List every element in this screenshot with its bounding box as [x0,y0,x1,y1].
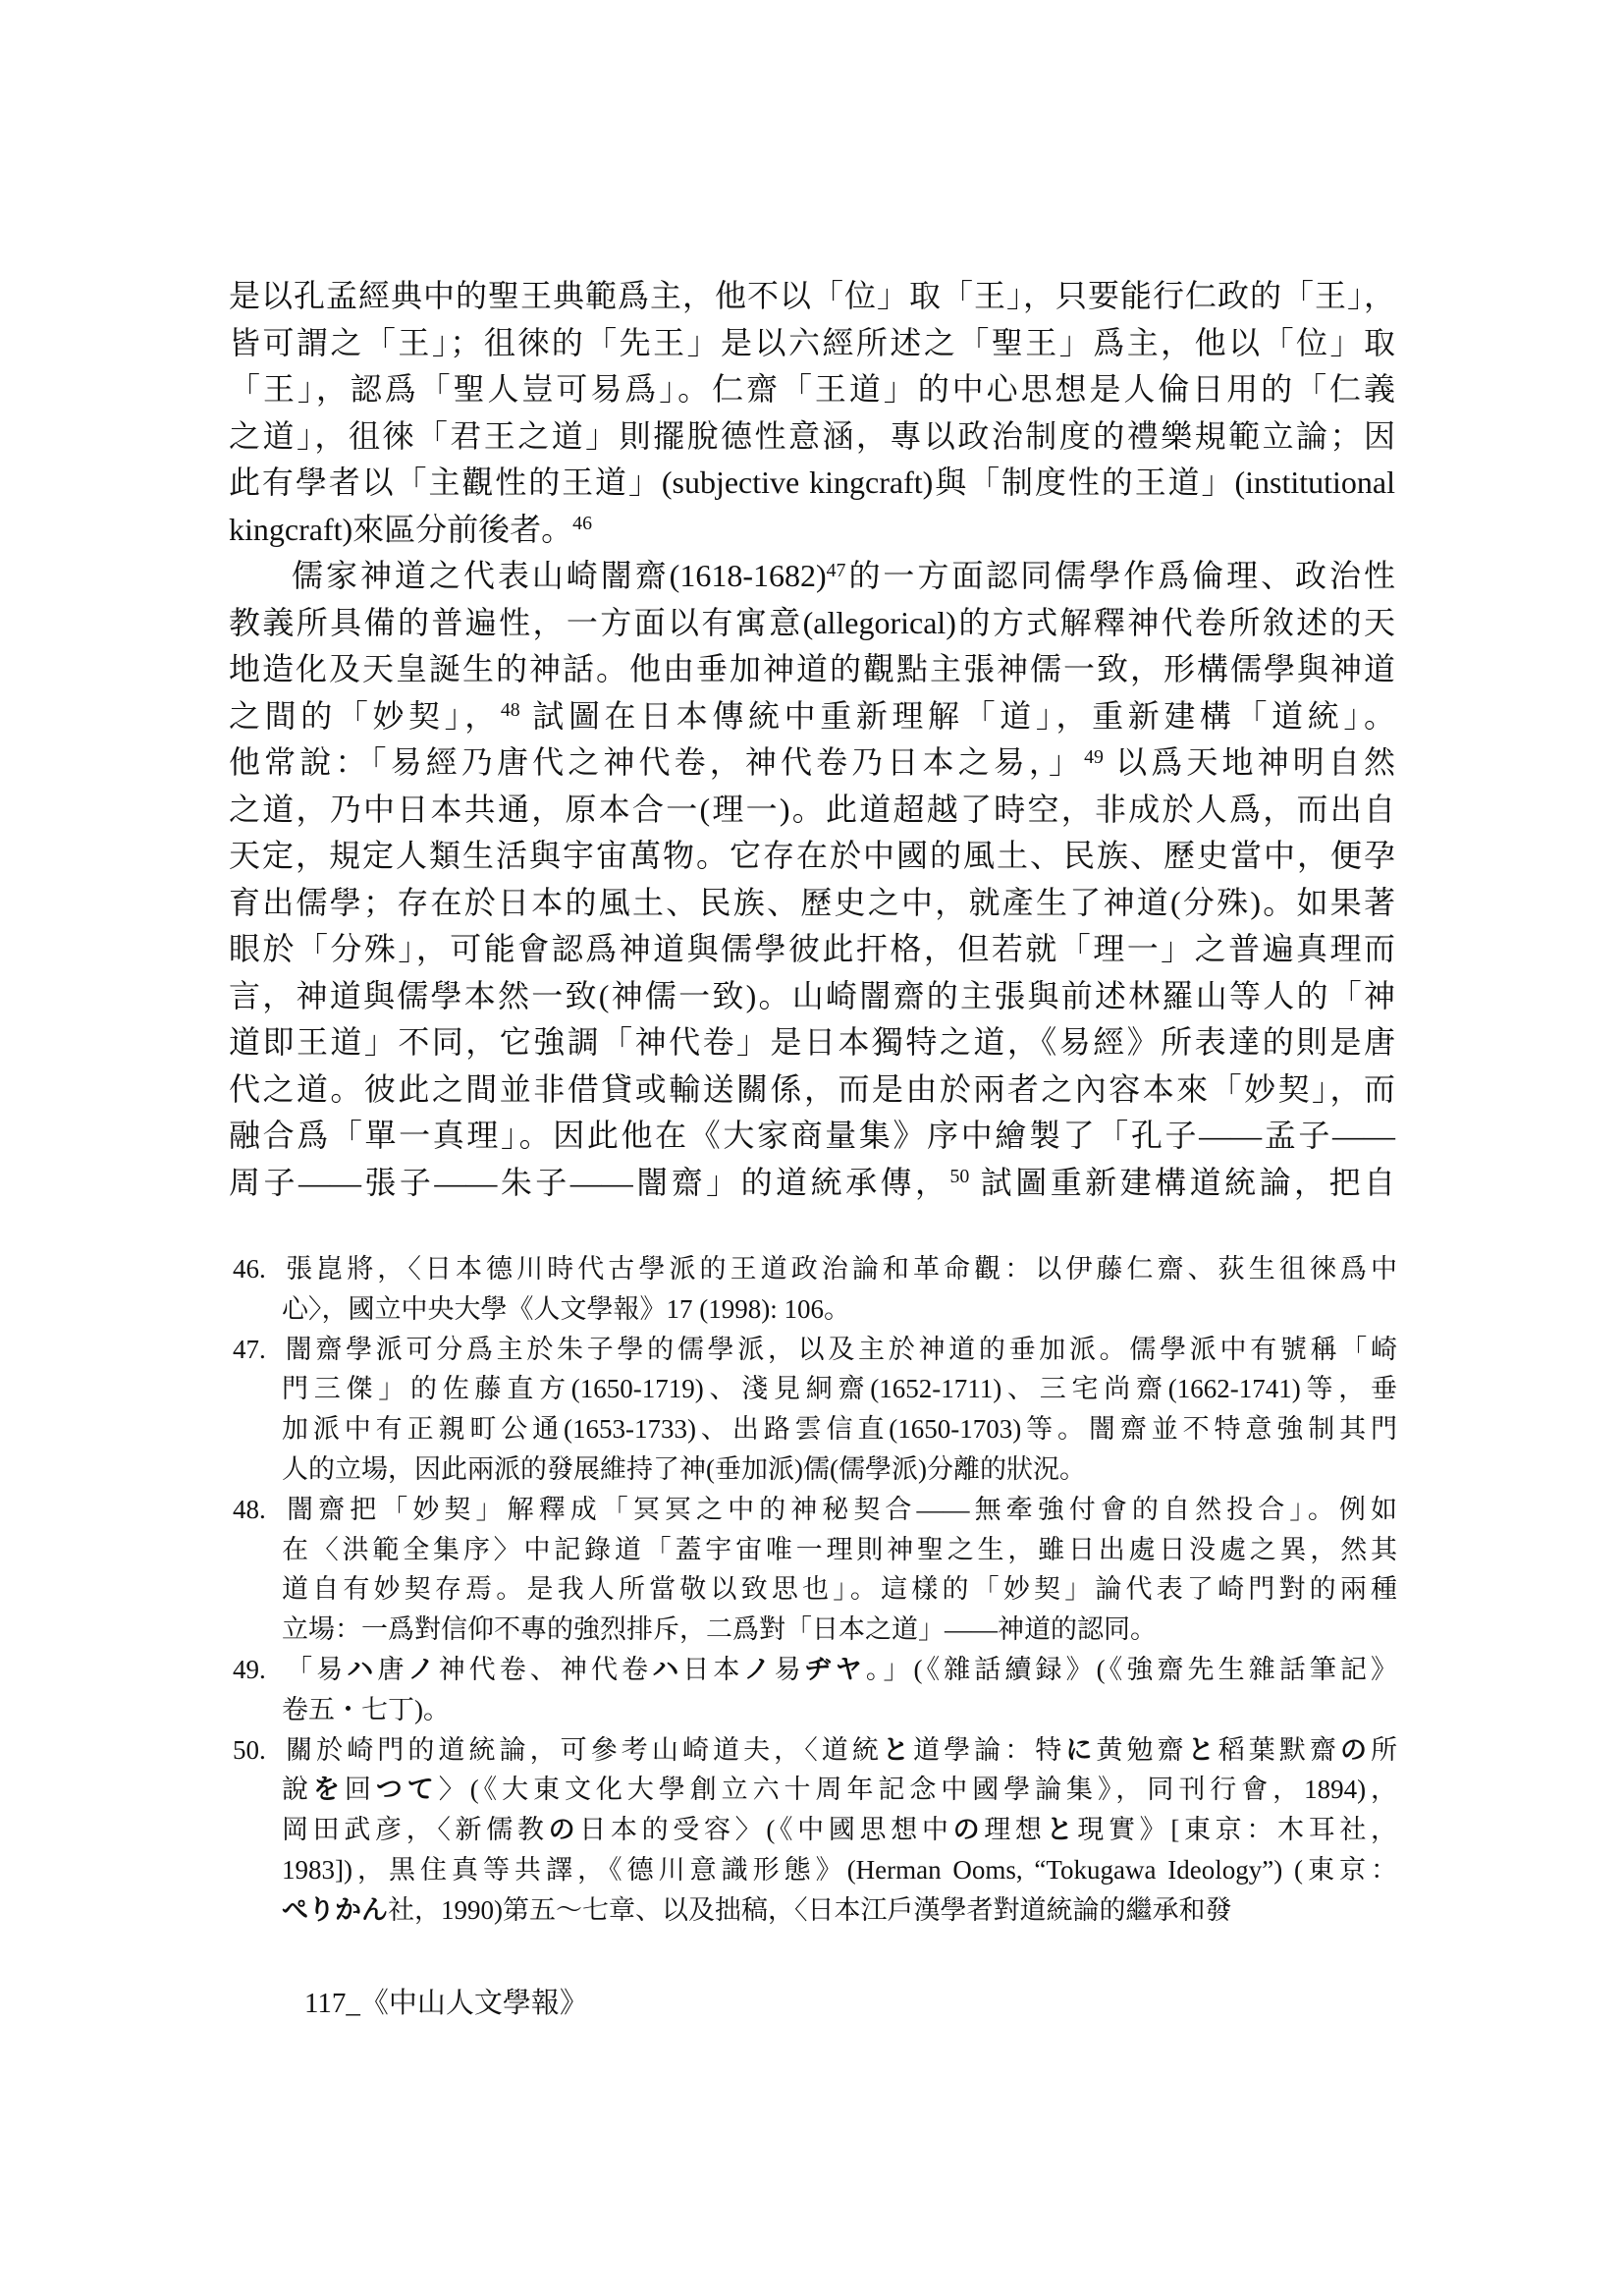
footnote-line: 50.關於崎門的道統論，可參考山崎道夫，〈道統と道學論：特に黄勉齋と稻葉默齋の所 [233,1730,1397,1771]
footnote-number: 46. [233,1249,282,1289]
page-footer: 117_《中山人文學報》 [304,1986,588,2021]
footnote-line: ぺりかん社，1990)第五～七章、以及拙稿，〈日本江戶漢學者對道統論的繼承和發 [233,1890,1397,1931]
kana-text: に [1065,1735,1096,1765]
body-line: 之間的「妙契」，48 試圖在日本傳統中重新理解「道」，重新建構「道統」。 [229,693,1395,740]
body-line: 育出儒學；存在於日本的風土、民族、歷史之中，就產生了神道(分殊)。如果著 [229,880,1395,927]
footnote-line: 卷五・七丁)。 [233,1690,1397,1730]
body-line: 言，神道與儒學本然一致(神儒一致)。山崎闇齋的主張與前述林羅山等人的「神 [229,973,1395,1020]
kana-text: ノ [743,1655,774,1684]
footnote-line: 門三傑」的佐藤直方(1650-1719)、淺見絅齋(1652-1711)、三宅尚… [233,1369,1397,1409]
body-line: 之道」，徂徠「君王之道」則擺脫德性意涵，專以政治制度的禮樂規範立論；因 [229,413,1395,461]
footnote-ref: 47 [827,560,846,581]
body-line: 融合爲「單一真理」。因此他在《大家商量集》序中繪製了「孔子——孟子—— [229,1113,1395,1160]
footnote-ref: 50 [950,1166,970,1187]
kana-text: と [1047,1815,1078,1844]
body-line: 地造化及天皇誕生的神話。他由垂加神道的觀點主張神儒一致，形構儒學與神道 [229,646,1395,693]
body-text: 是以孔孟經典中的聖王典範爲主，他不以「位」取「王」，只要能行仁政的「王」，皆可謂… [229,273,1395,1206]
kana-text: の [1340,1735,1371,1765]
body-line: 周子——張子——朱子——闇齋」的道統承傳，50 試圖重新建構道統論，把自 [229,1160,1395,1207]
body-line: 天定，規定人類生活與宇宙萬物。它存在於中國的風土、民族、歷史當中，便孕 [229,833,1395,880]
body-line: 他常說：「易經乃唐代之神代卷，神代卷乃日本之易，」49 以爲天地神明自然 [229,739,1395,787]
footnote-line: 加派中有正親町公通(1653-1733)、出路雲信直(1650-1703)等。闇… [233,1409,1397,1449]
kana-text: ノ [407,1655,438,1684]
kana-text: の [549,1815,580,1844]
body-line: 之道，乃中日本共通，原本合一(理一)。此道超越了時空，非成於人爲，而出自 [229,787,1395,834]
footnote-line: 岡田武彦，〈新儒教の日本的受容〉(《中國思想中の理想と現實》[東京：木耳社， [233,1810,1397,1850]
kana-text: ヂヤ [805,1655,866,1684]
body-line: 是以孔孟經典中的聖王典範爲主，他不以「位」取「王」，只要能行仁政的「王」， [229,273,1395,320]
footnote-line: 立場：一爲對信仰不專的強烈排斥，二爲對「日本之道」——神道的認同。 [233,1610,1397,1650]
body-line: 教義所具備的普遍性，一方面以有寓意(allegorical)的方式解釋神代卷所敘… [229,600,1395,647]
footnote-number: 49. [233,1650,282,1690]
kana-text: ハ [347,1655,377,1684]
footnote-line: 在〈洪範全集序〉中記錄道「蓋宇宙唯一理則神聖之生，雖日出處日没處之異，然其 [233,1530,1397,1570]
footnote-number: 48. [233,1490,282,1530]
footnote-ref: 46 [572,513,592,534]
journal-page: 是以孔孟經典中的聖王典範爲主，他不以「位」取「王」，只要能行仁政的「王」，皆可謂… [0,0,1623,2296]
footnote-line: 說を回つて〉(《大東文化大學創立六十周年記念中國學論集》，同刊行會，1894)， [233,1770,1397,1810]
body-line: 「王」，認爲「聖人豈可易爲」。仁齋「王道」的中心思想是人倫日用的「仁義 [229,366,1395,413]
kana-text: の [953,1815,985,1844]
body-line: kingcraft)來區分前後者。46 [229,507,1395,554]
footnote-number: 50. [233,1730,282,1771]
body-line: 皆可謂之「王」；徂徠的「先王」是以六經所述之「聖王」爲主，他以「位」取 [229,320,1395,367]
kana-text: と [883,1735,913,1765]
footnote-line: 47.闇齋學派可分爲主於朱子學的儒學派，以及主於神道的垂加派。儒學派中有號稱「崎 [233,1330,1397,1370]
footnotes: 46.張崑將，〈日本德川時代古學派的王道政治論和革命觀：以伊藤仁齋、荻生徂徠爲中… [233,1249,1397,1931]
body-line: 儒家神道之代表山崎闇齋(1618-1682)47的一方面認同儒學作爲倫理、政治性 [229,553,1395,600]
kana-text: を [313,1775,345,1804]
body-line: 眼於「分殊」，可能會認爲神道與儒學彼此扞格，但若就「理一」之普遍真理而 [229,926,1395,973]
kana-text: ぺりかん [282,1895,388,1925]
footnote-line: 49.「易ハ唐ノ神代卷、神代卷ハ日本ノ易ヂヤ。」(《雜話續録》(《強齋先生雜話筆… [233,1650,1397,1690]
footnote-line: 46.張崑將，〈日本德川時代古學派的王道政治論和革命觀：以伊藤仁齋、荻生徂徠爲中 [233,1249,1397,1289]
footnote-line: 道自有妙契存焉。是我人所當敬以致思也」。這樣的「妙契」論代表了崎門對的兩種 [233,1569,1397,1610]
footnote-line: 1983])，黒住真等共譯，《德川意識形態》(Herman Ooms, “Tok… [233,1850,1397,1890]
body-line: 道即王道」不同，它強調「神代卷」是日本獨特之道，《易經》所表達的則是唐 [229,1019,1395,1066]
body-line: 此有學者以「主觀性的王道」(subjective kingcraft)與「制度性… [229,460,1395,507]
footnote-line: 人的立場，因此兩派的發展維持了神(垂加派)儒(儒學派)分離的狀況。 [233,1449,1397,1490]
footnote-number: 47. [233,1330,282,1370]
footnote-line: 心〉，國立中央大學《人文學報》17 (1998): 106。 [233,1289,1397,1330]
body-line: 代之道。彼此之間並非借貸或輸送關係，而是由於兩者之內容本來「妙契」，而 [229,1066,1395,1114]
footnote-line: 48.闇齋把「妙契」解釋成「冥冥之中的神秘契合——無牽強付會的自然投合」。例如 [233,1490,1397,1530]
page-number-journal-title: 117_《中山人文學報》 [304,1988,588,2019]
kana-text: と [1188,1735,1218,1765]
footnote-ref: 49 [1084,746,1104,768]
kana-text: つて [376,1775,439,1804]
footnote-ref: 48 [501,699,520,721]
kana-text: ハ [652,1655,682,1684]
